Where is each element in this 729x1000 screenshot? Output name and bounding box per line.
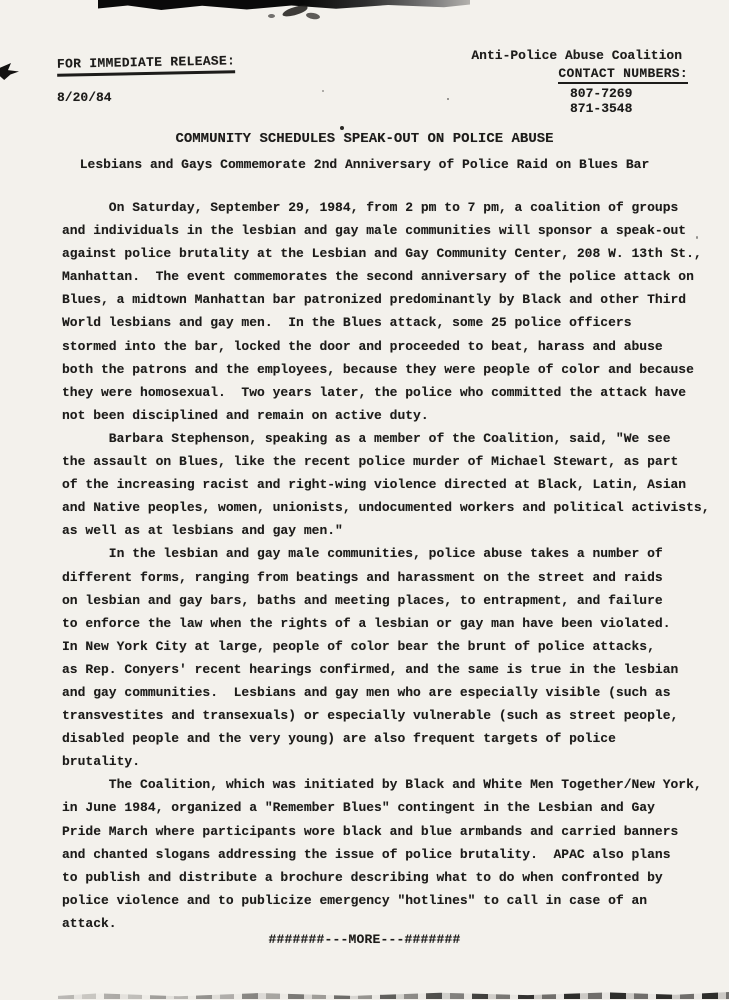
- paragraph-1: On Saturday, September 29, 1984, from 2 …: [62, 196, 722, 427]
- ink-spatter: [281, 4, 308, 18]
- paragraph-2: Barbara Stephenson, speaking as a member…: [62, 427, 722, 542]
- body-text: On Saturday, September 29, 1984, from 2 …: [62, 196, 722, 935]
- paragraph-4: The Coalition, which was initiated by Bl…: [62, 773, 722, 935]
- paragraph-3: In the lesbian and gay male communities,…: [62, 542, 722, 773]
- organization-name: Anti-Police Abuse Coalition: [471, 48, 682, 63]
- phone-number-1: 807-7269: [570, 86, 632, 101]
- scan-noise-dot: [696, 236, 698, 239]
- scan-noise-dot: [447, 98, 449, 100]
- scan-noise-dot: [340, 126, 344, 130]
- scan-artifact-top-bar: [98, 0, 470, 10]
- release-date: 8/20/84: [57, 90, 112, 105]
- contact-numbers-label: CONTACT NUMBERS:: [558, 66, 688, 84]
- scan-noise-dot: [322, 90, 324, 92]
- headline-subtitle: Lesbians and Gays Commemorate 2nd Annive…: [0, 157, 729, 172]
- more-continuation-marker: #######---MORE---#######: [0, 932, 729, 947]
- handwritten-arrow-icon: [0, 63, 19, 80]
- press-release-page: FOR IMMEDIATE RELEASE: 8/20/84 Anti-Poli…: [0, 0, 729, 1000]
- headline-title: COMMUNITY SCHEDULES SPEAK-OUT ON POLICE …: [0, 131, 729, 147]
- phone-number-2: 871-3548: [570, 101, 632, 116]
- ink-spatter: [306, 12, 321, 20]
- ink-spatter: [268, 14, 275, 18]
- scan-artifact-bottom-bar: [58, 992, 729, 999]
- release-line: FOR IMMEDIATE RELEASE:: [57, 53, 236, 76]
